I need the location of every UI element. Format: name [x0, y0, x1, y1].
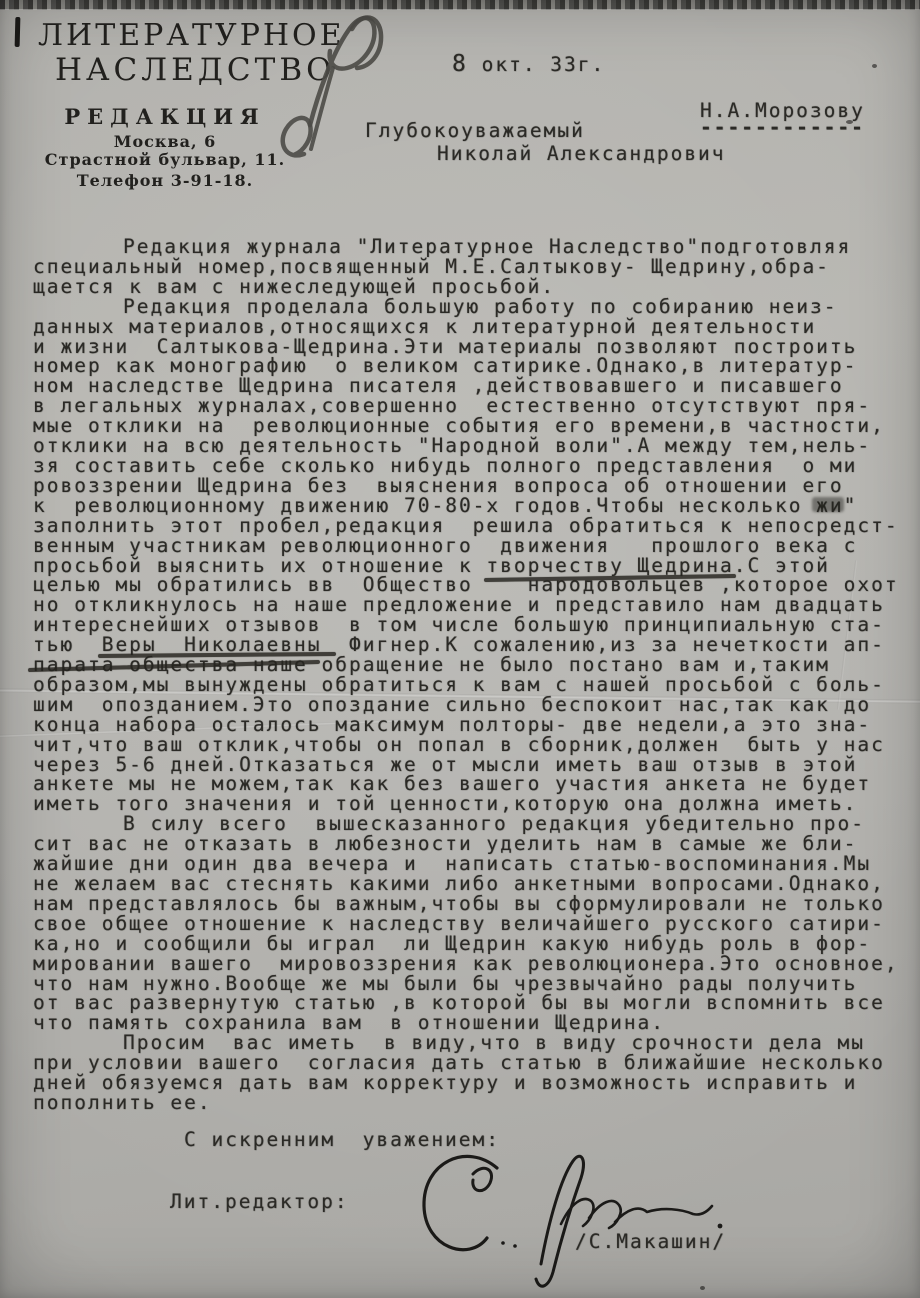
body-line: Просим вас иметь в виду,что в виду срочн…: [33, 1033, 913, 1053]
body-line: тью Веры Николаевны Фигнер.К сожалению,и…: [33, 635, 913, 655]
body-line: специальный номер,посвященный М.Е.Салтык…: [33, 257, 913, 277]
body-line: отклики на всю деятельность "Народной во…: [33, 436, 913, 456]
body-line: ном наследстве Щедрина писателя ,действо…: [33, 376, 913, 396]
letterhead-address-city: Москва, 6: [40, 132, 290, 151]
body-line: но откликнулось на наше предложение и пр…: [33, 595, 913, 615]
body-line: ка,но и сообщили бы играл ли Щедрин каку…: [33, 934, 913, 954]
body-line: от вас развернутую статью ,в которой бы …: [33, 993, 913, 1013]
body-line: Редакция проделала большую работу по соб…: [33, 297, 913, 317]
ink-speck: [872, 64, 877, 68]
body-line: конца набора осталось максимум полторы- …: [33, 715, 913, 735]
scanned-letter-page: ЛИТЕРАТУРНОЕ НАСЛЕДСТВО РЕДАКЦИЯ Москва,…: [0, 0, 920, 1298]
ink-speck: [846, 120, 853, 124]
body-line: что память сохранила вам в отношении Щед…: [33, 1013, 913, 1033]
body-line: заполнить этот пробел,редакция решила об…: [33, 516, 913, 536]
date-rest: окт. 33г.: [468, 53, 605, 76]
body-line: при условии вашего согласия дать статью …: [33, 1053, 913, 1073]
body-line: анкете мы не можем,так как без вашего уч…: [33, 774, 913, 794]
body-line: номер как монографию о великом сатирике.…: [33, 356, 913, 376]
body-line: В силу всего вышесказанного редакция убе…: [33, 814, 913, 834]
body-line: венным участникам революционного движени…: [33, 536, 913, 556]
date-day: 8: [452, 51, 468, 77]
body-line: мые отклики на революционные события его…: [33, 416, 913, 436]
body-line: щается к вам с нижеследующей просьбой.: [33, 277, 913, 297]
body-line: иметь того значения и той ценности,котор…: [33, 794, 913, 814]
overstrike-zhi: [812, 497, 844, 512]
addressee-underline-dashes: ------------: [700, 118, 865, 138]
body-line: пополнить ее.: [33, 1093, 913, 1113]
body-line: свое общее отношение к наследству велича…: [33, 914, 913, 934]
body-line: данных материалов,относящихся к литерату…: [33, 317, 913, 337]
body-line: дней обязуемся дать вам корректуру и воз…: [33, 1073, 913, 1093]
body-line: не желаем вас стеснять какими либо анкет…: [33, 874, 913, 894]
body-line: образом,мы вынуждены обратиться к вам с …: [33, 675, 913, 695]
body-line: что нам нужно.Вообще же мы были бы чрезв…: [33, 974, 913, 994]
body-line: мировании вашего мировоззрения как револ…: [33, 954, 913, 974]
body-line: чит,что ваш отклик,чтобы он попал в сбор…: [33, 735, 913, 755]
letterhead-department: РЕДАКЦИЯ: [40, 104, 290, 129]
body-line: сит вас не отказать в любезности уделить…: [33, 834, 913, 854]
body-line: целью мы обратились вв Общество народово…: [33, 575, 913, 595]
salutation-line1: Глубокоуважаемый: [365, 121, 585, 141]
body-line: через 5-6 дней.Отказаться же от мысли им…: [33, 755, 913, 775]
monogram-doodle: [272, 8, 392, 166]
margin-tick-mark: [15, 17, 21, 47]
body-line: и жизни Салтыкова-Щедрина.Эти материалы …: [33, 337, 913, 357]
signature-handwritten: [385, 1146, 745, 1298]
torn-paper-edge: [0, 0, 920, 10]
body-line: шим опозданием.Это опоздание сильно бесп…: [33, 695, 913, 715]
body-line: в легальных журналах,совершенно естестве…: [33, 396, 913, 416]
body-line: к революционному движению 70-80-х годов.…: [33, 496, 913, 516]
body-line: нам представлялось бы важным,чтобы вы сф…: [33, 894, 913, 914]
body-line: просьбой выяснить их отношение к творчес…: [33, 556, 913, 576]
letterhead-phone: Телефон 3-91-18.: [40, 171, 290, 190]
closing-role: Лит.редактор:: [170, 1192, 349, 1212]
body-line: жайшие дни один два вечера и написать ст…: [33, 854, 913, 874]
date: 8 окт. 33г.: [452, 55, 605, 75]
letterhead-address-street: Страстной бульвар, 11.: [40, 150, 290, 169]
body-text: Редакция журнала "Литературное Наследств…: [33, 237, 913, 1113]
body-line: интереснейших отзывов в том числе большу…: [33, 615, 913, 635]
body-line: ровоззрении Щедрина без выяснения вопрос…: [33, 476, 913, 496]
body-line: зя составить себе сколько нибудь полного…: [33, 456, 913, 476]
salutation-line2: Николай Александрович: [437, 144, 726, 164]
body-line: Редакция журнала "Литературное Наследств…: [33, 237, 913, 257]
